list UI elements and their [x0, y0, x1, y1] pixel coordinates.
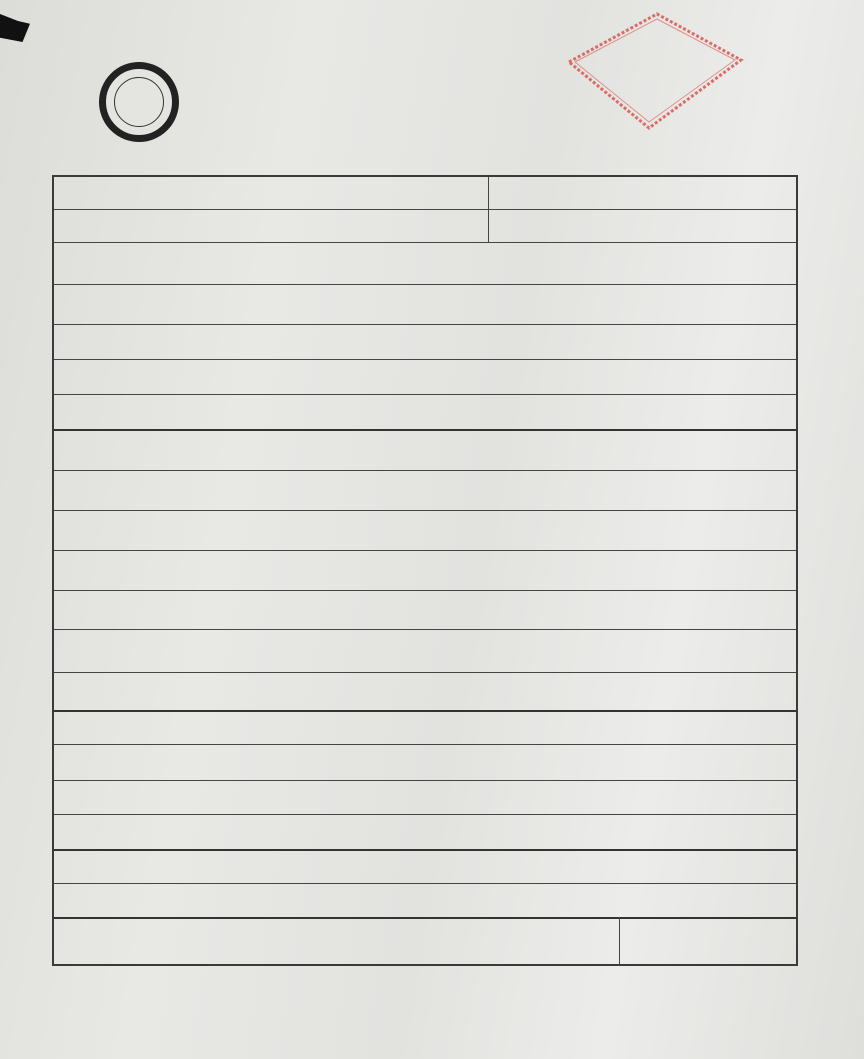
row-divider — [54, 284, 796, 285]
row-divider — [54, 359, 796, 360]
row-divider — [54, 590, 796, 591]
section-divider — [54, 917, 796, 919]
row-divider — [54, 209, 488, 210]
section-divider — [54, 710, 796, 712]
row-divider — [488, 209, 798, 210]
row-divider — [54, 470, 796, 471]
row-divider — [54, 629, 796, 630]
row-divider — [54, 394, 796, 395]
column-divider — [619, 917, 620, 966]
discharge-form — [52, 175, 798, 966]
section-divider — [54, 849, 796, 851]
review-stamp-icon — [565, 12, 745, 130]
column-divider — [488, 177, 489, 242]
row-divider — [54, 550, 796, 551]
hospital-emblem-icon — [99, 62, 179, 142]
row-divider — [54, 324, 796, 325]
row-divider — [54, 510, 796, 511]
row-divider — [54, 242, 796, 243]
row-divider — [54, 814, 796, 815]
row-divider — [54, 883, 796, 884]
section-divider — [54, 429, 796, 431]
row-divider — [54, 780, 796, 781]
row-divider — [54, 744, 796, 745]
emblem-inner-ring — [114, 77, 164, 127]
row-divider — [54, 672, 796, 673]
